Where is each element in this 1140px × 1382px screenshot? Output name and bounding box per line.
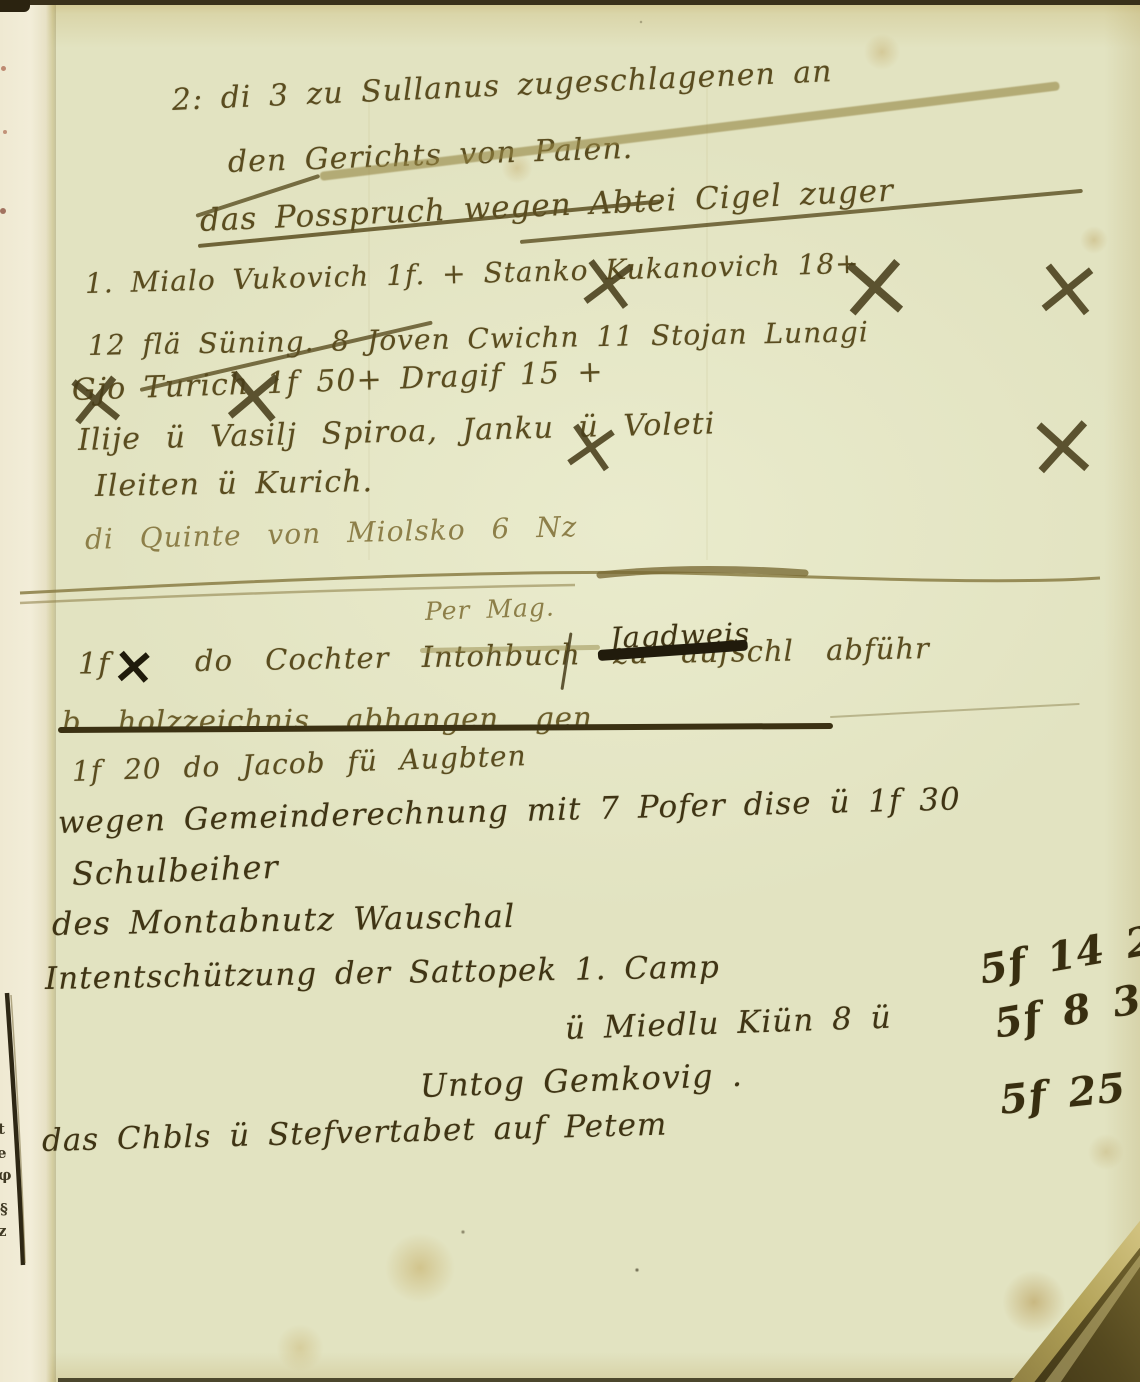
page-edge-top: [0, 0, 1140, 5]
x-mark: ×: [110, 639, 157, 694]
x-mark: ×: [570, 238, 648, 327]
handwritten-line: 1f 20 do Jacob fü Augbten: [71, 740, 527, 788]
x-mark: ×: [1023, 398, 1103, 492]
handwritten-line: di Quinte von Miolsko 6 Nz: [85, 511, 578, 556]
handwritten-line: wegen Gemeinderechnung mit 7 Pofer dise …: [58, 782, 962, 841]
x-mark: ×: [1028, 242, 1108, 334]
ink-rule: [15, 560, 1115, 620]
page-edge-bottom: [58, 1378, 1140, 1382]
paper-speck: [1, 66, 6, 71]
handwritten-line: 2: di 3 zu Sullanus zugeschlagenen an: [171, 55, 833, 118]
margin-print-glyph: e: [0, 1146, 7, 1161]
margin-print-glyph: z: [0, 1224, 7, 1239]
handwritten-line: Schulbeiher: [71, 849, 279, 893]
handwritten-line: Gjo Turich 1f 50+ Dragif 15 +: [71, 355, 604, 408]
handwritten-line: 1. Mialo Vukovich 1f. + Stanko Kukanovic…: [85, 248, 860, 300]
margin-print-glyph: t: [0, 1122, 5, 1137]
x-mark: ×: [554, 403, 629, 488]
handwritten-line: Intentschützung der Sattopek 1. Camp: [45, 950, 720, 997]
handwritten-line: Ileiten ü Kurich.: [95, 465, 374, 504]
handwritten-line: 1f: [78, 648, 110, 683]
handwritten-line: des Montabnutz Wauschal: [52, 898, 516, 943]
margin-print-glyph: φ: [0, 1168, 12, 1183]
amount-entry: 5f 25: [998, 1065, 1129, 1124]
page-fold-corner: [1008, 1190, 1140, 1382]
margin-print-glyph: §: [0, 1202, 8, 1217]
strikethrough-mark: [830, 703, 1080, 718]
handwritten-line: das Chbls ü Stefvertabet auf Petem: [42, 1108, 668, 1160]
paper-speck: [3, 130, 7, 134]
x-mark: ×: [832, 235, 918, 335]
page-edge-top-left: [0, 0, 30, 12]
x-mark: ×: [58, 355, 133, 442]
handwritten-line: 12 flä Süning. 8 Joven Cwichn 11 Stojan …: [88, 316, 869, 362]
handwritten-line: ü Miedlu Kiün 8 ü: [564, 1001, 892, 1048]
manuscript-page: 2: di 3 zu Sullanus zugeschlagenen an de…: [0, 0, 1140, 1382]
handwritten-line: das Posspruch wegen Abtei Cigel zuger: [199, 174, 894, 240]
handwritten-line-crossed: b holzzeichnis abhangen gen: [62, 701, 593, 739]
handwritten-line: den Gerichts von Palen.: [227, 132, 633, 181]
handwritten-line: Untog Gemkovig .: [419, 1057, 743, 1105]
paper-speck: [0, 208, 6, 214]
